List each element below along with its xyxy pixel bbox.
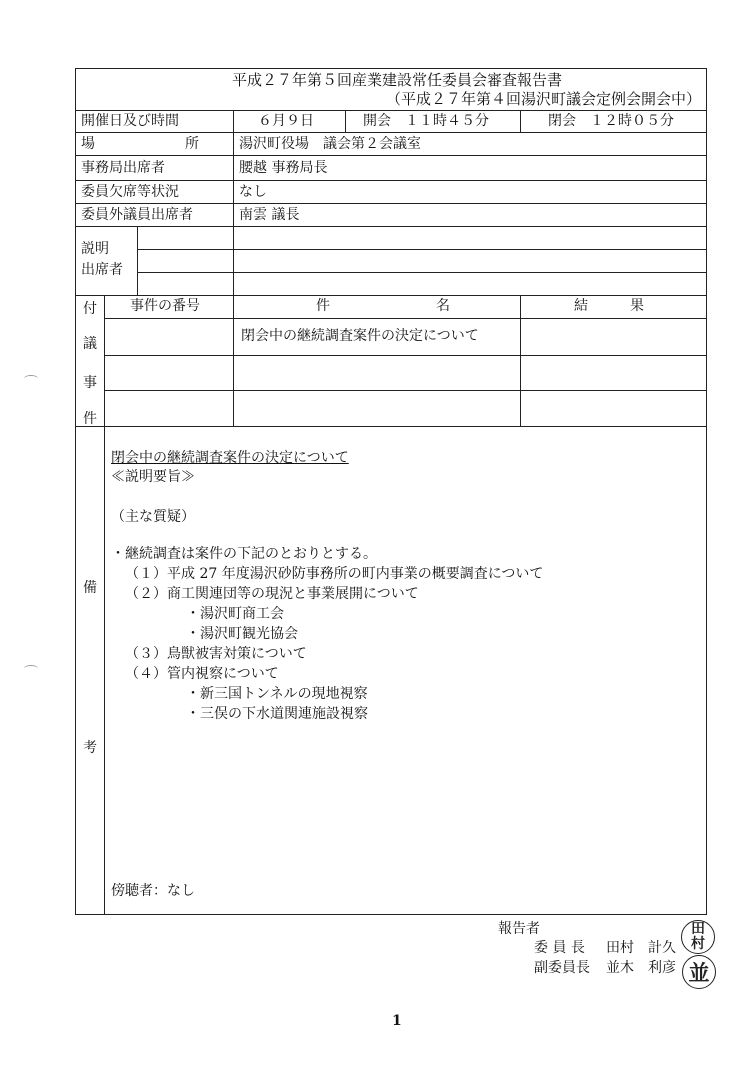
row-divider xyxy=(75,295,707,296)
meeting-date: ６月９日 xyxy=(258,113,314,129)
remarks-summary-label: ≪説明要旨≫ xyxy=(111,469,195,485)
remarks-item-4: （４）管内視察について xyxy=(125,666,279,682)
remarks-intro: ・継続調査は案件の下記のとおりとする。 xyxy=(111,546,377,562)
remarks-item-2-sub-1: ・湯沢町商工会 xyxy=(186,606,284,622)
row-divider xyxy=(75,226,707,227)
row-divider xyxy=(104,318,707,319)
remarks-side-label-2: 考 xyxy=(83,737,97,757)
agenda-header-number: 事件の番号 xyxy=(130,298,200,314)
agenda-header-name-a: 件 xyxy=(316,298,330,314)
remarks-item-4-sub-1: ・新三国トンネルの現地視察 xyxy=(186,686,368,702)
col-divider xyxy=(520,295,521,426)
stamp-char: 村 xyxy=(691,936,705,952)
remarks-item-2-sub-2: ・湯沢町観光協会 xyxy=(186,626,298,642)
agenda-side-label-3: 事 xyxy=(83,372,97,392)
row-divider xyxy=(75,426,707,427)
agenda-side-label-4: 件 xyxy=(83,408,97,428)
row-divider xyxy=(104,390,707,391)
row-divider xyxy=(75,180,707,181)
stamp-char: 並 xyxy=(689,960,710,985)
punch-hole-mark xyxy=(24,665,38,672)
remarks-heading: 閉会中の継続調査案件の決定について xyxy=(111,450,349,466)
row-divider xyxy=(75,203,707,204)
remarks-item-3: （３）鳥獣被害対策について xyxy=(125,646,307,662)
vice-chair-seal-stamp: 並 xyxy=(682,955,716,989)
agenda-header-name-b: 名 xyxy=(436,298,450,314)
row-divider xyxy=(75,132,707,133)
report-title: 平成２７年第５回産業建設常任委員会審査報告書 xyxy=(232,72,562,88)
open-time: 開会 １１時４５分 xyxy=(363,113,489,129)
remarks-item-1: （１）平成 27 年度湯沢砂防事務所の町内事業の概要調査について xyxy=(125,566,543,582)
vice-chair-name: 並木 利彦 xyxy=(606,960,676,976)
row-divider xyxy=(137,272,707,273)
col-divider xyxy=(520,110,521,132)
row-divider xyxy=(75,110,707,111)
punch-hole-mark xyxy=(24,375,38,382)
secretariat-label: 事務局出席者 xyxy=(81,160,165,176)
remarks-item-4-sub-2: ・三俣の下水道関連施設視察 xyxy=(186,706,368,722)
col-divider xyxy=(345,110,346,132)
place-label-b: 所 xyxy=(185,136,199,152)
chair-title: 委 員 長 xyxy=(534,940,585,956)
row-divider xyxy=(75,155,707,156)
vice-chair-title: 副委員長 xyxy=(534,960,590,976)
agenda-header-result-a: 結 xyxy=(574,298,588,314)
chair-seal-stamp: 田 村 xyxy=(681,920,715,954)
absence-value: なし xyxy=(239,184,267,200)
place-label-a: 場 xyxy=(81,136,95,152)
close-time: 閉会 １２時０５分 xyxy=(548,113,674,129)
col-divider xyxy=(233,295,234,426)
absence-label: 委員欠席等状況 xyxy=(81,184,179,200)
remarks-item-2: （２）商工関連団等の現況と事業展開について xyxy=(125,586,419,602)
page-number: 1 xyxy=(392,1013,402,1029)
remarks-side-label-1: 備 xyxy=(83,577,97,597)
row-divider xyxy=(137,249,707,250)
agenda-header-result-b: 果 xyxy=(630,298,644,314)
place-value: 湯沢町役場 議会第２会議室 xyxy=(239,136,421,152)
date-label: 開催日及び時間 xyxy=(81,113,179,129)
explainers-label-line2: 出席者 xyxy=(81,262,123,278)
secretariat-value: 腰越 事務局長 xyxy=(239,160,327,176)
agenda-row-1-name: 閉会中の継続調査案件の決定について xyxy=(241,328,479,344)
remarks-audience: 傍聴者：なし xyxy=(111,883,195,899)
col-divider xyxy=(233,110,234,295)
agenda-side-label-2: 議 xyxy=(83,333,97,353)
agenda-side-label-1: 付 xyxy=(83,298,97,318)
row-divider xyxy=(104,355,707,356)
other-members-value: 南雲 議長 xyxy=(239,207,299,223)
reporter-label: 報告者 xyxy=(498,921,540,937)
report-subtitle: （平成２７年第４回湯沢町議会定例会開会中） xyxy=(386,91,701,107)
col-divider xyxy=(104,295,105,915)
remarks-questions-label: （主な質疑） xyxy=(111,509,195,525)
chair-name: 田村 計久 xyxy=(606,940,676,956)
other-members-label: 委員外議員出席者 xyxy=(81,207,193,223)
stamp-char: 田 xyxy=(691,921,705,937)
col-divider xyxy=(137,226,138,295)
explainers-label-line1: 説明 xyxy=(81,241,109,257)
